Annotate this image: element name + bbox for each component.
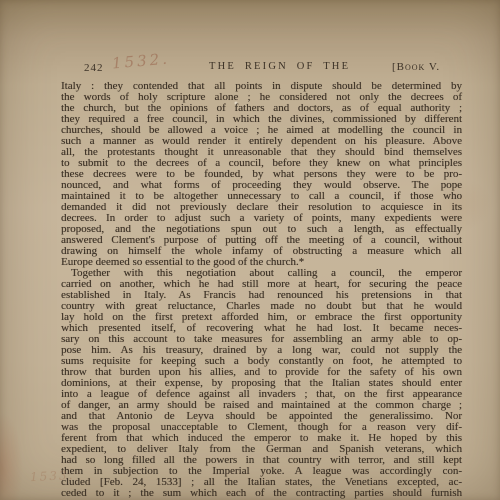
text-line: ceded to it ; the sum which each of the …: [61, 488, 462, 499]
margin-handwritten-year: 1533.: [30, 468, 75, 484]
page-number: 242: [84, 62, 104, 74]
running-title: THE REIGN OF THE: [209, 61, 350, 72]
book-page-scan: 242 1532. THE REIGN OF THE [Book V. Ital…: [0, 0, 500, 500]
book-volume-label: [Book V.: [392, 61, 440, 73]
body-text: Italy : they contended that all points i…: [61, 81, 462, 499]
handwritten-year-annotation: 1532.: [111, 50, 170, 73]
